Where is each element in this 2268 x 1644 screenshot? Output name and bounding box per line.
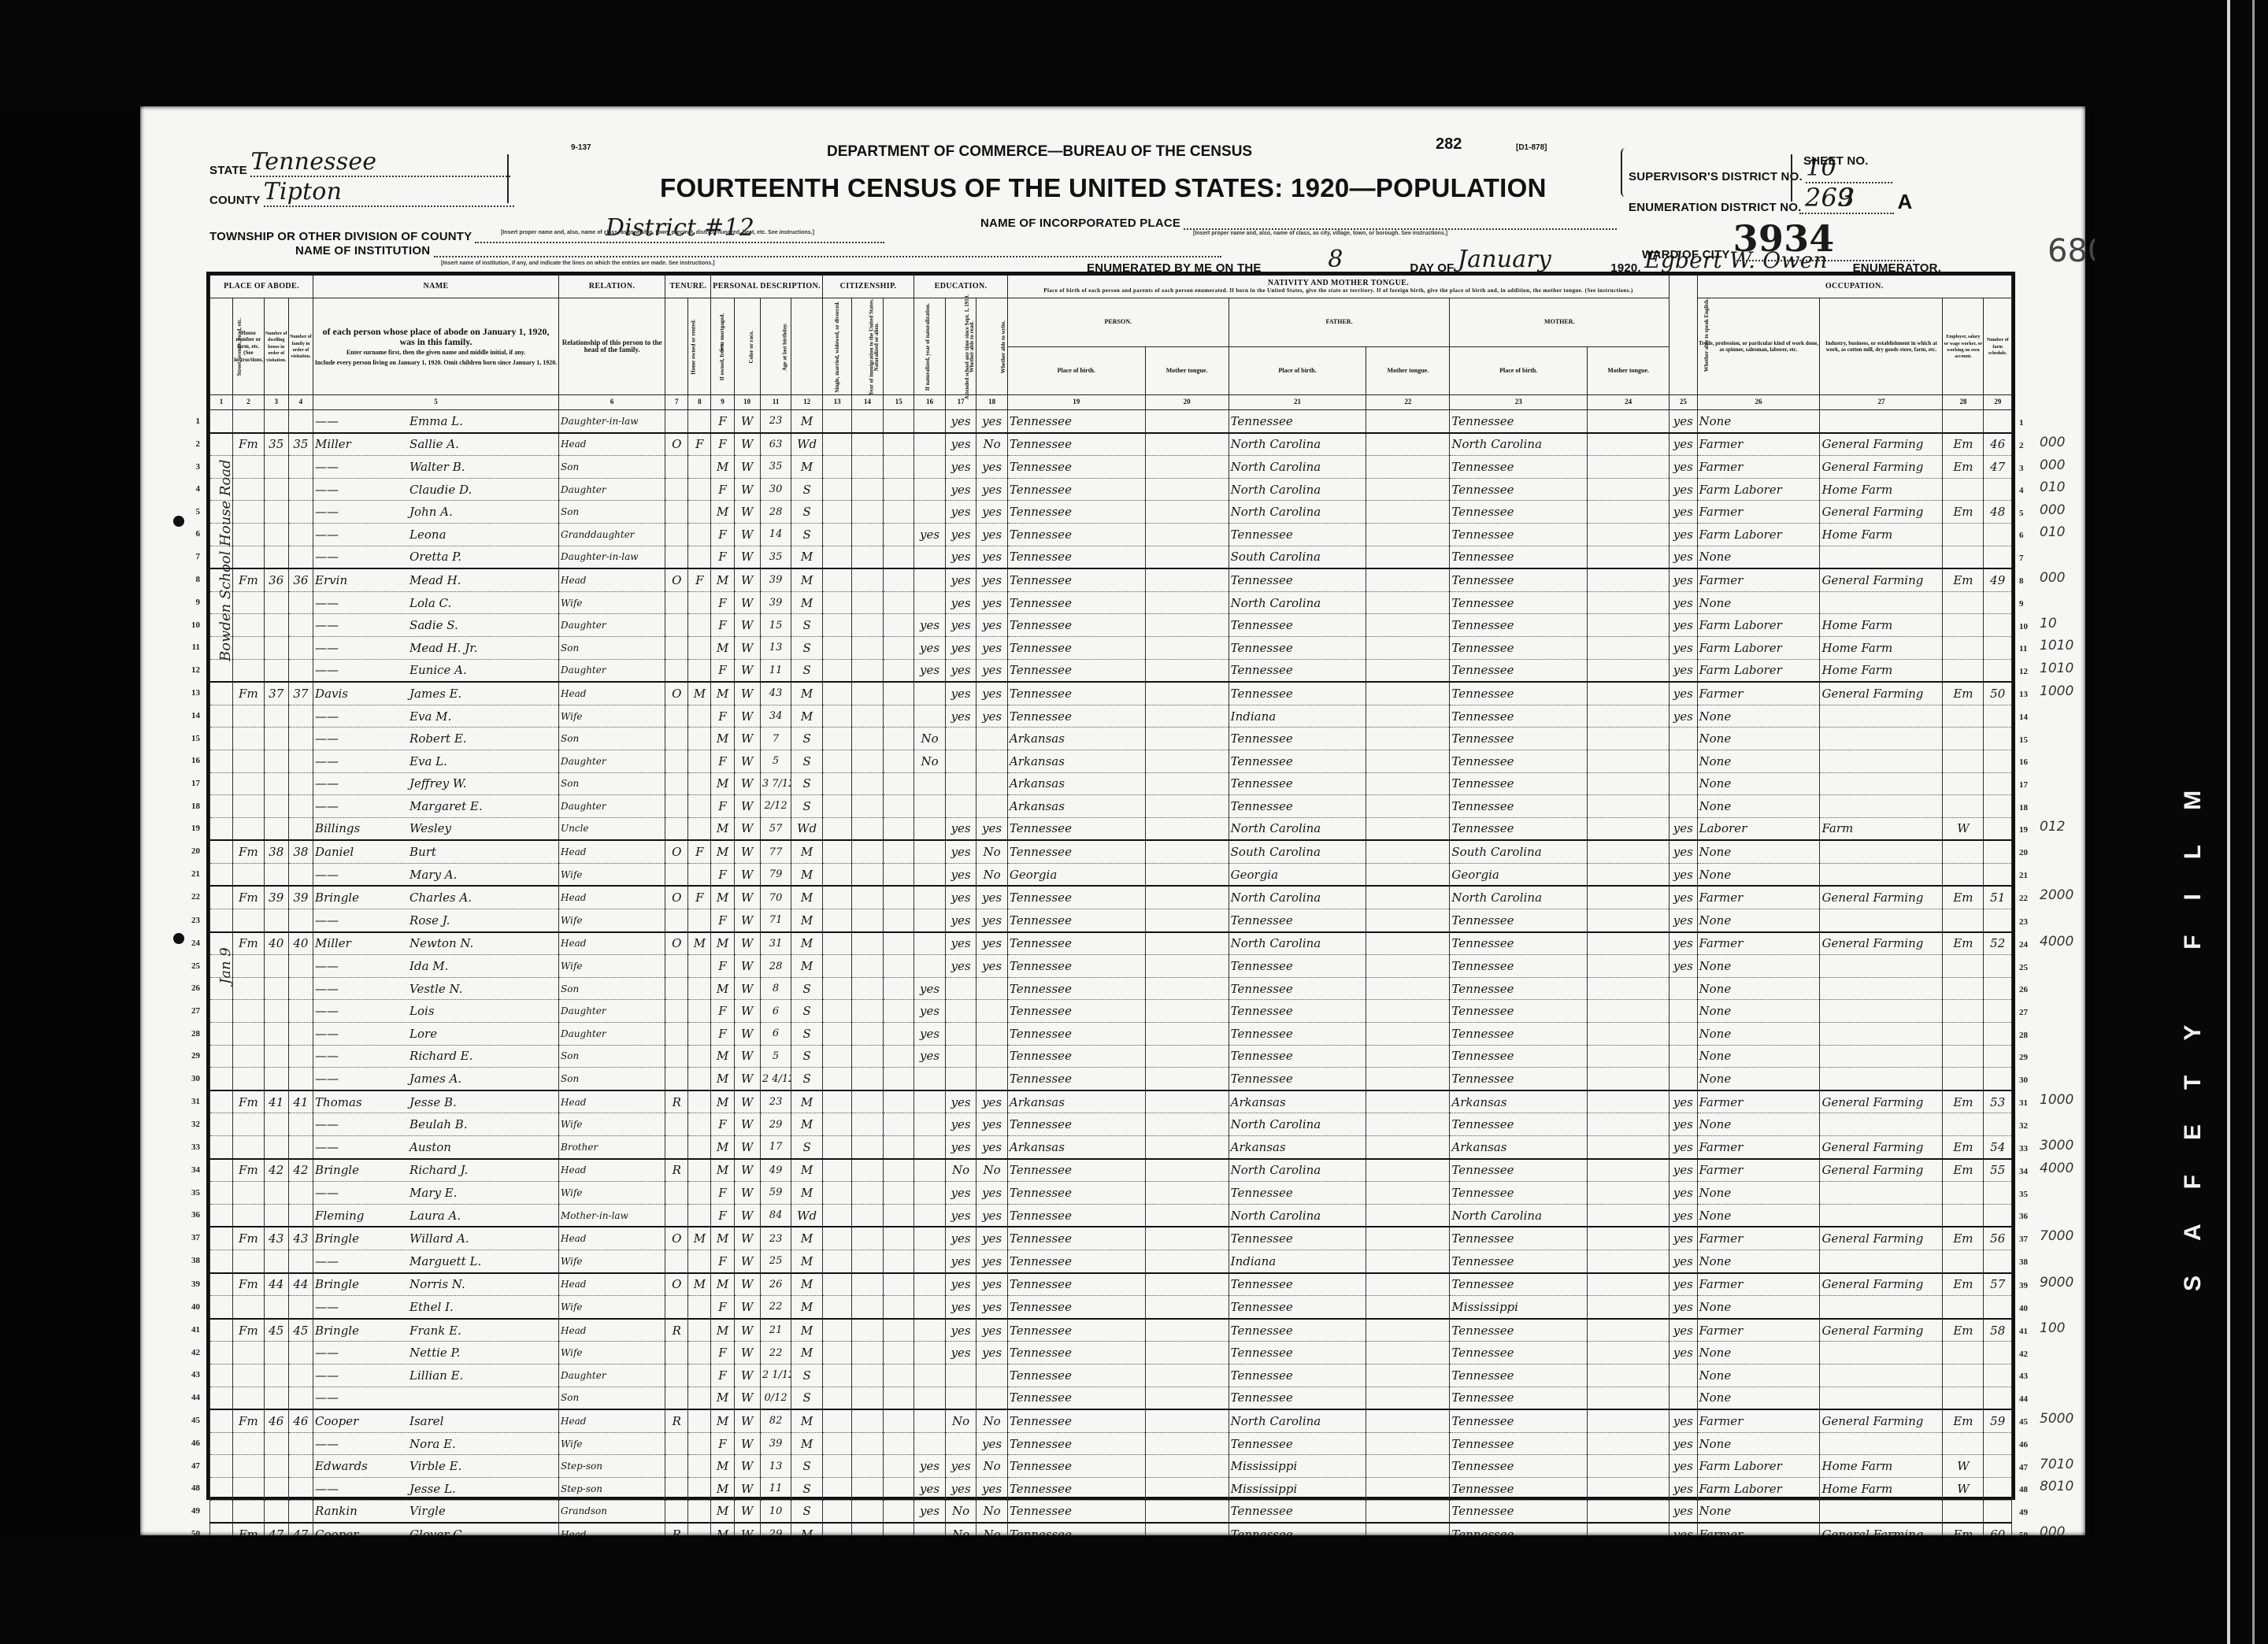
cell-dwelling-number: 42	[264, 1159, 288, 1182]
line-number-right: 12	[2019, 667, 2028, 676]
cell-birthplace: Tennessee	[1007, 909, 1145, 932]
cell-age: 49	[760, 1159, 791, 1182]
line-number: 37	[183, 1233, 200, 1242]
cell-name: ——Oretta P.	[313, 546, 559, 568]
cell-marital-status: M	[791, 1182, 823, 1205]
cell-speaks-english: yes	[1669, 546, 1697, 568]
line-number: 26	[183, 983, 200, 993]
given-name: Eunice A.	[409, 663, 467, 677]
cell-name: ——Leona	[313, 523, 559, 546]
cell-attended-school	[914, 682, 946, 705]
cell-mother-tongue-mother	[1588, 840, 1669, 863]
census-row: ——Jesse L.Step-sonMW11SyesyesyesTennesse…	[210, 1477, 2012, 1500]
cell-mother-birthplace: Tennessee	[1450, 1159, 1588, 1182]
surname: ——	[315, 460, 409, 474]
cell-sex: F	[711, 1250, 734, 1272]
cell-speaks-english: yes	[1669, 1113, 1697, 1136]
cell-attended-school: No	[914, 728, 946, 750]
cell-father-tongue	[1366, 1296, 1450, 1319]
cell-occupation: Farmer	[1697, 1159, 1820, 1182]
cell-dwelling-number	[264, 1113, 288, 1136]
cell-sex: F	[711, 1023, 734, 1046]
cell-sex: M	[711, 932, 734, 955]
line-number: 46	[183, 1438, 200, 1448]
line-number: 49	[183, 1506, 200, 1516]
cell-relationship: Head	[559, 1227, 665, 1250]
cell-father-birthplace: Tennessee	[1228, 659, 1366, 682]
cell-name: ThomasJesse B.	[313, 1090, 559, 1113]
cell-birthplace: Tennessee	[1007, 1113, 1145, 1136]
cell-street	[210, 1319, 233, 1342]
cell-race: W	[734, 523, 760, 546]
given-name: Emma L.	[409, 414, 463, 428]
census-row: ——LoreDaughterFW6SyesTennesseeTennesseeT…	[210, 1023, 2012, 1046]
cell-free-mortgaged	[688, 1045, 711, 1068]
cell-naturalized	[852, 1204, 884, 1227]
cell-employer-class: Em	[1943, 932, 1984, 955]
film-border-top	[0, 0, 2268, 110]
cell-industry: General Farming	[1820, 682, 1943, 705]
cell-can-write	[976, 1068, 1008, 1090]
cell-farm-schedule: 51	[1984, 886, 2012, 909]
cell-house-number: Fm	[233, 1227, 265, 1250]
col-name: of each person whose place of abode on J…	[313, 298, 559, 395]
cell-dwelling-number: 38	[264, 840, 288, 863]
cell-dwelling-number	[264, 1068, 288, 1090]
col-industry: Industry, business, or establishment in …	[1820, 298, 1943, 395]
cell-dwelling-number	[264, 1387, 288, 1409]
cell-mother-tongue-mother	[1588, 1455, 1669, 1478]
surname: ——	[315, 1027, 409, 1041]
cell-age: 35	[760, 546, 791, 568]
cell-street	[210, 1364, 233, 1387]
cell-employer-class: Em	[1943, 886, 1984, 909]
cell-marital-status: M	[791, 410, 823, 433]
cell-mother-tongue	[1145, 1500, 1228, 1523]
cell-occupation: Farmer	[1697, 1273, 1820, 1296]
cell-name: ——Jesse L.	[313, 1477, 559, 1500]
cell-street	[210, 1250, 233, 1272]
cell-farm-schedule	[1984, 1023, 2012, 1046]
cell-industry: General Farming	[1820, 1159, 1943, 1182]
cell-can-write: No	[976, 863, 1008, 886]
cell-sex: M	[711, 1068, 734, 1090]
cell-farm-schedule	[1984, 1364, 2012, 1387]
cell-employer-class	[1943, 523, 1984, 546]
col-dwelling-number: Number of dwelling house in order of vis…	[264, 298, 288, 395]
cell-sex: F	[711, 1113, 734, 1136]
cell-naturalization-year	[883, 795, 914, 818]
cell-farm-schedule: 50	[1984, 682, 2012, 705]
cell-employer-class	[1943, 410, 1984, 433]
cell-speaks-english: yes	[1669, 1136, 1697, 1159]
line-number-right: 41	[2019, 1327, 2028, 1336]
cell-naturalized	[852, 1319, 884, 1342]
cell-immigration-year	[822, 478, 851, 501]
cell-race: W	[734, 1273, 760, 1296]
cell-marital-status: M	[791, 682, 823, 705]
cell-naturalized	[852, 1387, 884, 1409]
cell-mother-tongue-mother	[1588, 1250, 1669, 1272]
coding-mark: 1010	[2040, 661, 2073, 676]
cell-street	[210, 863, 233, 886]
cell-relationship: Wife	[559, 1250, 665, 1272]
cell-farm-schedule: 52	[1984, 932, 2012, 955]
cell-naturalized	[852, 1477, 884, 1500]
cell-mother-birthplace: Tennessee	[1450, 772, 1588, 795]
cell-relationship: Daughter	[559, 1023, 665, 1046]
cell-family-number	[288, 1000, 313, 1023]
cell-free-mortgaged: F	[688, 568, 711, 591]
cell-employer-class	[1943, 591, 1984, 614]
cell-house-number: Fm	[233, 886, 265, 909]
cell-father-birthplace: Tennessee	[1228, 1068, 1366, 1090]
cell-occupation: Farmer	[1697, 433, 1820, 456]
cell-race: W	[734, 1113, 760, 1136]
cell-attended-school	[914, 1387, 946, 1409]
cell-occupation: None	[1697, 750, 1820, 772]
cell-name: ——Margaret E.	[313, 795, 559, 818]
cell-attended-school: yes	[914, 1500, 946, 1523]
cell-name: BringleCharles A.	[313, 886, 559, 909]
census-row: ——Emma L.Daughter-in-lawFW23MyesyesTenne…	[210, 410, 2012, 433]
census-row: ——LoisDaughterFW6SyesTennesseeTennesseeT…	[210, 1000, 2012, 1023]
cell-employer-class: Em	[1943, 1136, 1984, 1159]
cell-marital-status: S	[791, 1500, 823, 1523]
cell-free-mortgaged: F	[688, 886, 711, 909]
cell-industry	[1820, 1113, 1943, 1136]
cell-industry	[1820, 591, 1943, 614]
cell-age: 30	[760, 478, 791, 501]
cell-can-write: yes	[976, 1136, 1008, 1159]
cell-occupation: Farmer	[1697, 1409, 1820, 1432]
cell-naturalization-year	[883, 478, 914, 501]
cell-employer-class	[1943, 728, 1984, 750]
given-name: Richard J.	[409, 1163, 468, 1177]
cell-mother-birthplace: North Carolina	[1450, 886, 1588, 909]
cell-free-mortgaged	[688, 501, 711, 524]
incorporated-place-note: [Insert proper name and, also, name of c…	[1193, 231, 1447, 236]
cell-mother-tongue-mother	[1588, 478, 1669, 501]
cell-mother-birthplace: Arkansas	[1450, 1136, 1588, 1159]
census-title: FOURTEENTH CENSUS OF THE UNITED STATES: …	[660, 173, 1547, 203]
cell-naturalized	[852, 795, 884, 818]
cell-industry: Farm	[1820, 817, 1943, 840]
cell-immigration-year	[822, 1090, 851, 1113]
cell-name: RankinVirgle	[313, 1500, 559, 1523]
cell-can-read: yes	[945, 478, 976, 501]
column-number: 21	[1228, 395, 1366, 410]
line-number: 18	[183, 802, 200, 811]
given-name: Sallie A.	[409, 437, 459, 451]
cell-house-number	[233, 1364, 265, 1387]
cell-immigration-year	[822, 1159, 851, 1182]
cell-industry	[1820, 705, 1943, 728]
cell-can-read: yes	[945, 1136, 976, 1159]
cell-naturalized	[852, 977, 884, 1000]
cell-house-number	[233, 728, 265, 750]
col-naturalization-year: If naturalized, year of naturalization.	[883, 298, 914, 395]
cell-naturalized	[852, 1023, 884, 1046]
cell-immigration-year	[822, 728, 851, 750]
cell-naturalization-year	[883, 456, 914, 479]
cell-naturalized	[852, 1159, 884, 1182]
cell-speaks-english: yes	[1669, 705, 1697, 728]
cell-naturalized	[852, 1045, 884, 1068]
cell-race: W	[734, 682, 760, 705]
cell-street	[210, 1500, 233, 1523]
cell-age: 5	[760, 1045, 791, 1068]
cell-industry	[1820, 909, 1943, 932]
cell-house-number	[233, 955, 265, 978]
cell-house-number	[233, 1000, 265, 1023]
cell-birthplace: Tennessee	[1007, 1432, 1145, 1455]
col-farm-schedule: Number of farm schedule.	[1984, 298, 2012, 395]
cell-can-read: yes	[945, 433, 976, 456]
given-name: Charles A.	[409, 890, 472, 905]
cell-marital-status: M	[791, 705, 823, 728]
cell-mother-tongue	[1145, 977, 1228, 1000]
cell-house-number	[233, 659, 265, 682]
cell-farm-schedule: 48	[1984, 501, 2012, 524]
cell-can-write: yes	[976, 1296, 1008, 1319]
census-row: ——James A.SonMW2 4/12STennesseeTennessee…	[210, 1068, 2012, 1090]
cell-family-number: 45	[288, 1319, 313, 1342]
cell-can-read: yes	[945, 1182, 976, 1205]
cell-house-number	[233, 705, 265, 728]
cell-family-number	[288, 1068, 313, 1090]
surname: Ervin	[315, 573, 409, 587]
cell-immigration-year	[822, 1409, 851, 1432]
institution-note: [Insert name of institution, if any, and…	[441, 261, 715, 266]
line-number-right: 46	[2019, 1440, 2028, 1450]
cell-naturalized	[852, 501, 884, 524]
group-tenure: TENURE.	[665, 276, 711, 298]
cell-industry: Home Farm	[1820, 659, 1943, 682]
surname: ——	[315, 1437, 409, 1451]
line-number: 1	[183, 417, 200, 426]
col-read: Whether able to read.	[945, 298, 976, 395]
cell-naturalization-year	[883, 1204, 914, 1227]
cell-employer-class	[1943, 705, 1984, 728]
cell-street	[210, 1409, 233, 1432]
cell-immigration-year	[822, 955, 851, 978]
cell-age: 84	[760, 1204, 791, 1227]
cell-name: MillerSallie A.	[313, 433, 559, 456]
cell-birthplace: Tennessee	[1007, 1319, 1145, 1342]
cell-dwelling-number: 39	[264, 886, 288, 909]
cell-can-write: yes	[976, 1182, 1008, 1205]
cell-marital-status: S	[791, 728, 823, 750]
cell-mother-tongue	[1145, 636, 1228, 659]
cell-free-mortgaged	[688, 1455, 711, 1478]
cell-free-mortgaged	[688, 772, 711, 795]
cell-age: 28	[760, 501, 791, 524]
census-row: Fm4141ThomasJesse B.HeadRMW23MyesyesArka…	[210, 1090, 2012, 1113]
cell-employer-class	[1943, 1296, 1984, 1319]
cell-age: 23	[760, 1227, 791, 1250]
cell-mother-tongue-mother	[1588, 795, 1669, 818]
cell-house-number	[233, 1068, 265, 1090]
cell-mother-tongue-mother	[1588, 682, 1669, 705]
cell-owned-rented	[665, 705, 688, 728]
cell-mother-tongue-mother	[1588, 568, 1669, 591]
line-number-right: 9	[2019, 599, 2024, 609]
cell-free-mortgaged	[688, 546, 711, 568]
cell-race: W	[734, 1023, 760, 1046]
cell-father-tongue	[1366, 1136, 1450, 1159]
line-number: 36	[183, 1210, 200, 1220]
cell-age: 82	[760, 1409, 791, 1432]
cell-naturalized	[852, 909, 884, 932]
surname: Billings	[315, 821, 409, 835]
cell-family-number	[288, 909, 313, 932]
cell-can-write: yes	[976, 1090, 1008, 1113]
column-numbers: 1234567891011121314151617181920212223242…	[210, 395, 2012, 410]
cell-father-tongue	[1366, 1273, 1450, 1296]
cell-occupation: Farmer	[1697, 1319, 1820, 1342]
cell-sex: F	[711, 1000, 734, 1023]
cell-mother-birthplace: Tennessee	[1450, 1387, 1588, 1409]
cell-immigration-year	[822, 523, 851, 546]
cell-sex: F	[711, 410, 734, 433]
cell-dwelling-number	[264, 1023, 288, 1046]
cell-sex: F	[711, 863, 734, 886]
cell-employer-class: Em	[1943, 501, 1984, 524]
cell-mother-birthplace: Arkansas	[1450, 1090, 1588, 1113]
cell-house-number	[233, 1204, 265, 1227]
cell-mother-birthplace: North Carolina	[1450, 1204, 1588, 1227]
cell-can-read: yes	[945, 1204, 976, 1227]
cell-mother-tongue	[1145, 1068, 1228, 1090]
column-number: 24	[1588, 395, 1669, 410]
cell-name: EdwardsVirble E.	[313, 1455, 559, 1478]
cell-attended-school	[914, 1432, 946, 1455]
line-number: 31	[183, 1097, 200, 1106]
cell-race: W	[734, 728, 760, 750]
line-number: 14	[183, 711, 200, 720]
cell-marital-status: S	[791, 1023, 823, 1046]
coding-mark: 012	[2040, 819, 2065, 835]
census-row: ——Claudie D.DaughterFW30SyesyesTennessee…	[210, 478, 2012, 501]
cell-immigration-year	[822, 410, 851, 433]
cell-father-tongue	[1366, 1090, 1450, 1113]
cell-birthplace: Tennessee	[1007, 410, 1145, 433]
cell-birthplace: Tennessee	[1007, 1500, 1145, 1523]
cell-mother-tongue	[1145, 1136, 1228, 1159]
county-value: Tipton	[264, 178, 514, 207]
cell-employer-class	[1943, 1342, 1984, 1364]
given-name: Wesley	[409, 821, 451, 835]
cell-occupation: Farmer	[1697, 932, 1820, 955]
cell-speaks-english	[1669, 728, 1697, 750]
cell-attended-school	[914, 501, 946, 524]
cell-father-tongue	[1366, 523, 1450, 546]
cell-age: 2 1/12	[760, 1364, 791, 1387]
surname: Bringle	[315, 1324, 409, 1338]
census-row: ——Marguett L.WifeFW25MyesyesTennesseeInd…	[210, 1250, 2012, 1272]
cell-can-read: yes	[945, 932, 976, 955]
cell-mother-birthplace: Tennessee	[1450, 1113, 1588, 1136]
census-row: ——Mary E.WifeFW59MyesyesTennesseeTenness…	[210, 1182, 2012, 1205]
surname: Bringle	[315, 890, 409, 905]
cell-mother-birthplace: Tennessee	[1450, 1432, 1588, 1455]
cell-employer-class	[1943, 546, 1984, 568]
cell-age: 11	[760, 1477, 791, 1500]
cell-birthplace: Tennessee	[1007, 977, 1145, 1000]
ward-value: 3934	[1733, 217, 1914, 261]
cell-owned-rented	[665, 977, 688, 1000]
given-name: Robert E.	[409, 731, 467, 746]
cell-age: 7	[760, 728, 791, 750]
cell-mother-tongue	[1145, 523, 1228, 546]
cell-family-number: 39	[288, 886, 313, 909]
census-row: EdwardsVirble E.Step-sonMW13SyesyesNoTen…	[210, 1455, 2012, 1478]
given-name: Sadie S.	[409, 618, 458, 632]
cell-immigration-year	[822, 1136, 851, 1159]
cell-immigration-year	[822, 1319, 851, 1342]
cell-owned-rented: R	[665, 1159, 688, 1182]
cell-mother-tongue	[1145, 478, 1228, 501]
cell-sex: F	[711, 591, 734, 614]
line-number-right: 2	[2019, 441, 2024, 450]
cell-can-write: No	[976, 433, 1008, 456]
cell-sex: M	[711, 1159, 734, 1182]
given-name: Ethel I.	[409, 1300, 454, 1314]
cell-attended-school: yes	[914, 977, 946, 1000]
cell-marital-status: M	[791, 456, 823, 479]
cell-naturalization-year	[883, 977, 914, 1000]
cell-farm-schedule	[1984, 614, 2012, 637]
cell-employer-class	[1943, 795, 1984, 818]
census-row: ——Jeffrey W.SonMW3 7/12SArkansasTennesse…	[210, 772, 2012, 795]
given-name: Walter B.	[409, 460, 465, 474]
cell-occupation: None	[1697, 1364, 1820, 1387]
cell-industry: General Farming	[1820, 456, 1943, 479]
cell-sex: M	[711, 1387, 734, 1409]
cell-farm-schedule	[1984, 750, 2012, 772]
cell-sex: M	[711, 1500, 734, 1523]
census-row: ——Margaret E.DaughterFW2/12SArkansasTenn…	[210, 795, 2012, 818]
surname: Daniel	[315, 845, 409, 859]
cell-can-write: yes	[976, 478, 1008, 501]
cell-employer-class: Em	[1943, 1159, 1984, 1182]
cell-race: W	[734, 932, 760, 955]
cell-family-number: 37	[288, 682, 313, 705]
cell-occupation: Farm Laborer	[1697, 1477, 1820, 1500]
surname: Davis	[315, 687, 409, 701]
col-father-tongue: Mother tongue.	[1366, 346, 1450, 395]
column-number: 20	[1145, 395, 1228, 410]
cell-mother-birthplace: Tennessee	[1450, 955, 1588, 978]
cell-name: ——Eunice A.	[313, 659, 559, 682]
cell-occupation: None	[1697, 728, 1820, 750]
cell-street	[210, 1296, 233, 1319]
cell-family-number	[288, 456, 313, 479]
cell-dwelling-number	[264, 977, 288, 1000]
given-name: Margaret E.	[409, 799, 483, 813]
cell-street	[210, 456, 233, 479]
cell-naturalization-year	[883, 1023, 914, 1046]
cell-dwelling-number	[264, 636, 288, 659]
cell-father-birthplace: Tennessee	[1228, 614, 1366, 637]
cell-sex: F	[711, 659, 734, 682]
cell-speaks-english: yes	[1669, 1319, 1697, 1342]
cell-farm-schedule: 59	[1984, 1409, 2012, 1432]
cell-family-number: 36	[288, 568, 313, 591]
cell-age: 26	[760, 1273, 791, 1296]
line-number-right: 30	[2019, 1076, 2028, 1085]
